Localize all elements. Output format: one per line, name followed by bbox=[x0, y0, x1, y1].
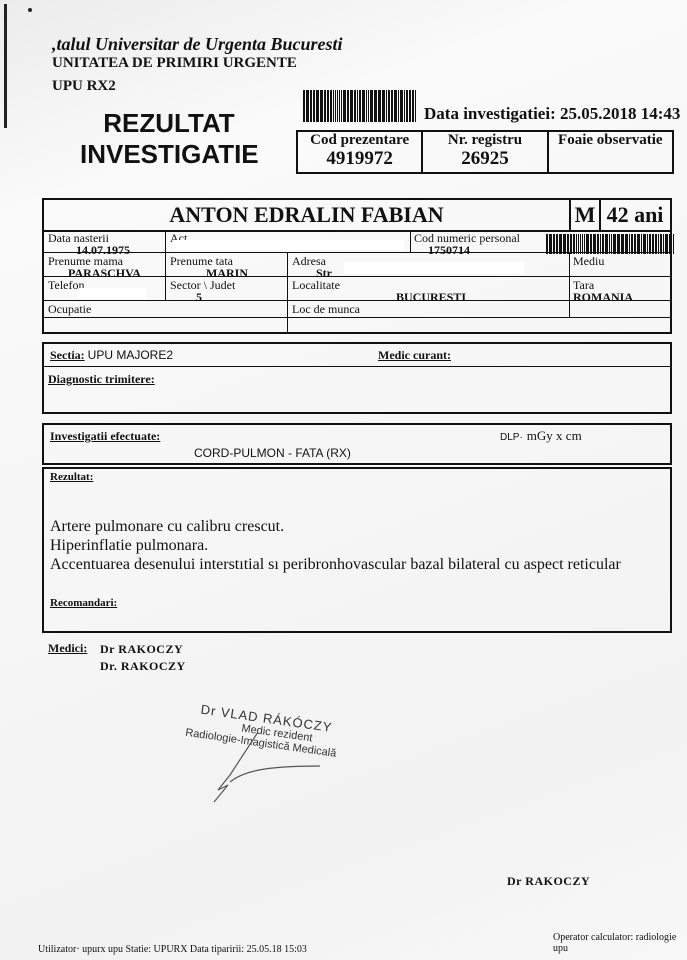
birth-date-cell: Data nasterii 14.07.1975 bbox=[48, 232, 130, 256]
locality-cell: Localitate BUCURESTI bbox=[292, 279, 466, 303]
patient-sex: M bbox=[569, 200, 601, 230]
mother-cell: Prenume mama PARASCHVA bbox=[48, 255, 141, 279]
patient-info-box: ANTON EDRALIN FABIAN M 42 ani Data naste… bbox=[42, 198, 672, 334]
investigation-date-label: Data investigatiei: bbox=[424, 104, 556, 123]
country-cell: Tara ROMANIA bbox=[573, 279, 633, 303]
cnp-value: 1750714 bbox=[428, 244, 520, 256]
document-title: REZULTAT INVESTIGATIE bbox=[80, 108, 258, 170]
dlp-label: DLP· bbox=[500, 432, 523, 443]
sectia-label: Sectia: bbox=[50, 348, 85, 362]
investigation-date: Data investigatiei: 25.05.2018 14:43 bbox=[424, 104, 680, 124]
print-info: Utilizator· upurx upu Statie: UPURX Data… bbox=[38, 944, 307, 955]
result-line: Artere pulmonare cu calibru crescut. bbox=[50, 517, 621, 536]
dlp-unit: mGy x cm bbox=[527, 428, 582, 443]
foaie-observatie-cell: Foaie observatie bbox=[549, 132, 672, 172]
scan-dot bbox=[28, 8, 32, 12]
patient-name-row: ANTON EDRALIN FABIAN M 42 ani bbox=[44, 200, 670, 232]
codes-table: Cod prezentare 4919972 Nr. registru 2692… bbox=[296, 130, 674, 174]
sector-value: 5 bbox=[196, 291, 235, 303]
country-value: ROMANIA bbox=[573, 291, 633, 303]
sector-cell: Sector \ Judet 5 bbox=[170, 279, 235, 303]
locality-value: BUCURESTI bbox=[396, 291, 466, 303]
unit-name: UNITATEA DE PRIMIRI URGENTE bbox=[52, 55, 297, 72]
result-text: Artere pulmonare cu calibru crescut. Hip… bbox=[50, 517, 621, 574]
investigation-item: CORD-PULMON - FATA (RX) bbox=[194, 446, 351, 460]
mediu-label: Mediu bbox=[573, 255, 604, 267]
result-box: Rezultat: Artere pulmonare cu calibru cr… bbox=[42, 467, 672, 633]
sector-label: Sector \ Judet bbox=[170, 279, 235, 291]
workplace-cell: Loc de munca bbox=[292, 303, 360, 315]
address-cell: Adresa Str bbox=[292, 255, 332, 279]
cod-prezentare-value: 4919972 bbox=[298, 149, 421, 169]
section-box: Sectia: UPU MAJORE2 Medic curant: Diagno… bbox=[42, 342, 672, 414]
title-line-1: REZULTAT bbox=[80, 108, 258, 139]
signature-icon bbox=[200, 730, 330, 810]
recommendations-label: Recomandari: bbox=[50, 597, 117, 609]
barcode-icon bbox=[303, 90, 417, 122]
cod-prezentare-cell: Cod prezentare 4919972 bbox=[298, 132, 423, 172]
foaie-observatie-label: Foaie observatie bbox=[549, 132, 672, 149]
workplace-label: Loc de munca bbox=[292, 303, 360, 315]
result-line: Hiperinflatie pulmonara. bbox=[50, 536, 621, 555]
diagnostic-label: Diagnostic trimitere: bbox=[48, 372, 155, 387]
hospital-name: ,talul Universitar de Urgenta Bucuresti bbox=[52, 34, 343, 55]
result-line: Accentuarea desenului interstıtial sı pe… bbox=[50, 555, 621, 574]
redacted-phone bbox=[78, 288, 146, 299]
col-divider bbox=[165, 230, 166, 300]
doctor-2: Dr. RAKOCZY bbox=[100, 659, 186, 674]
redacted-address bbox=[344, 262, 524, 274]
row-divider bbox=[44, 317, 670, 318]
dlp-field: DLP· mGy x cm bbox=[500, 427, 582, 445]
col-divider bbox=[569, 252, 570, 317]
mediu-cell: Mediu bbox=[573, 255, 604, 267]
station-name: UPU RX2 bbox=[52, 78, 116, 95]
nr-registru-label: Nr. registru bbox=[423, 132, 546, 149]
nr-registru-value: 26925 bbox=[423, 149, 546, 169]
scan-edge-mark bbox=[4, 4, 7, 128]
col-divider bbox=[287, 252, 288, 332]
sectia-field: Sectia: UPU MAJORE2 bbox=[50, 348, 173, 363]
sectia-value: UPU MAJORE2 bbox=[88, 348, 173, 362]
nr-registru-cell: Nr. registru 26925 bbox=[423, 132, 548, 172]
investigation-date-value: 25.05.2018 14:43 bbox=[560, 104, 680, 123]
cnp-barcode-icon bbox=[546, 234, 675, 254]
cnp-cell: Cod numeric personal 1750714 bbox=[414, 232, 520, 256]
father-cell: Prenume tata MARIN bbox=[170, 255, 248, 279]
investigations-box: Investigatii efectuate: DLP· mGy x cm CO… bbox=[42, 423, 672, 465]
occupation-label: Ocupatie bbox=[48, 303, 91, 315]
col-divider bbox=[410, 230, 411, 252]
signing-doctor: Dr RAKOCZY bbox=[507, 874, 590, 889]
result-label: Rezultat: bbox=[50, 471, 93, 483]
patient-age: 42 ani bbox=[600, 200, 670, 230]
doctor-1: Dr RAKOCZY bbox=[100, 642, 183, 657]
operator-info: Operator calculator: radiologie upu bbox=[553, 932, 687, 954]
patient-name: ANTON EDRALIN FABIAN bbox=[44, 202, 569, 228]
redacted-act bbox=[174, 240, 404, 250]
doctors-block: Medici: bbox=[48, 641, 87, 656]
cod-prezentare-label: Cod prezentare bbox=[298, 132, 421, 149]
title-line-2: INVESTIGATIE bbox=[80, 139, 258, 170]
doctors-label: Medici: bbox=[48, 641, 87, 655]
occupation-cell: Ocupatie bbox=[48, 303, 91, 315]
investigations-label: Investigatii efectuate: bbox=[50, 429, 160, 444]
medic-curant-label: Medic curant: bbox=[378, 348, 451, 363]
section-divider bbox=[44, 366, 670, 367]
